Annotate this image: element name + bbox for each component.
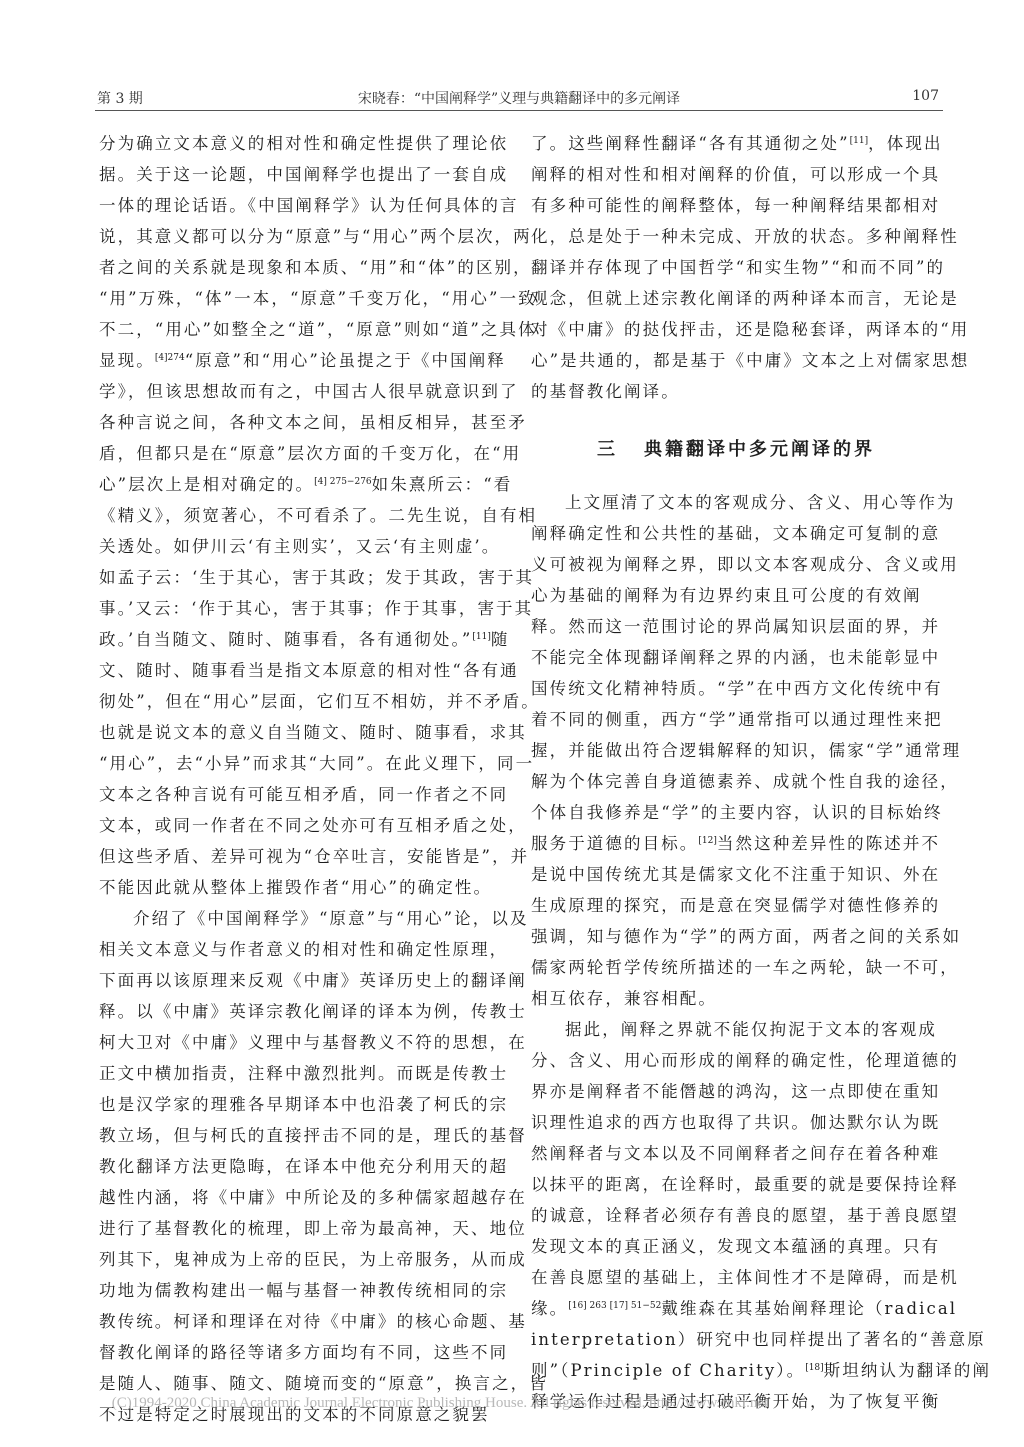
line-text: ，体现出 bbox=[868, 134, 942, 153]
line-text: 对《中庸》的挞伐抨击，还是隐秘套译，两译本的“用 bbox=[531, 320, 969, 339]
text-line: 化，总是处于一种未完成、开放的状态。多种阐释性 bbox=[531, 221, 939, 252]
line-text: 阐释确定性和公共性的基础，文本确定可复制的意 bbox=[531, 524, 940, 543]
text-line: 据。关于这一论题，中国阐释学也提出了一套自成 bbox=[99, 159, 507, 190]
line-text: 的基督教化阐译。 bbox=[531, 382, 680, 401]
text-line: 了。这些阐释性翻译“各有其通彻之处”[11]，体现出 bbox=[531, 128, 939, 159]
line-text: 教化翻译方法更隐晦，在译本中他充分利用天的超 bbox=[99, 1157, 508, 1176]
line-text: 《精义》，须宽著心，不可看杀了。二先生说，自有相 bbox=[99, 506, 537, 525]
line-text: “用心”，去“小异”而求其“大同”。在此义理下，同一 bbox=[99, 754, 534, 773]
text-line: 督教化阐译的路径等诸多方面均有不同，这些不同 bbox=[99, 1337, 507, 1368]
text-line: 也就是说文本的意义自当随文、随时、随事看，求其 bbox=[99, 717, 507, 748]
copyright-footer: (C)1994-2020 China Academic Journal Elec… bbox=[0, 1395, 880, 1412]
text-line: 然阐释者与文本以及不同阐释者之间存在着各种难 bbox=[531, 1138, 939, 1169]
line-text: 心”是共通的，都是基于《中庸》文本之上对儒家思想 bbox=[531, 351, 969, 370]
text-line: 各种言说之间，各种文本之间，虽相反相异，甚至矛 bbox=[99, 407, 507, 438]
text-line: 的基督教化阐译。 bbox=[531, 376, 939, 407]
line-text: 下面再以该原理来反观《中庸》英译历史上的翻译阐 bbox=[99, 971, 527, 990]
line-text: 也就是说文本的意义自当随文、随时、随事看，求其 bbox=[99, 723, 527, 742]
section-title: 典籍翻译中多元阐译的界 bbox=[644, 439, 875, 460]
text-line: 者之间的关系就是现象和本质、“用”和“体”的区别， bbox=[99, 252, 507, 283]
left-column: 分为确立文本意义的相对性和确定性提供了理论依据。关于这一论题，中国阐释学也提出了… bbox=[99, 128, 507, 1430]
text-line: “用心”，去“小异”而求其“大同”。在此义理下，同一 bbox=[99, 748, 507, 779]
line-text: 列其下，鬼神成为上帝的臣民，为上帝服务，从而成 bbox=[99, 1250, 527, 1269]
text-line: 分为确立文本意义的相对性和确定性提供了理论依 bbox=[99, 128, 507, 159]
text-line: 服务于道德的目标。[12]当然这种差异性的陈述并不 bbox=[531, 828, 939, 859]
line-text: 教传统。柯译和理译在对待《中庸》的核心命题、基 bbox=[99, 1312, 527, 1331]
line-text: 学》，但该思想故而有之，中国古人很早就意识到了 bbox=[99, 382, 519, 401]
text-line: 相互依存，兼容相配。 bbox=[531, 983, 939, 1014]
line-text: 国传统文化精神特质。“学”在中西方文化传统中有 bbox=[531, 679, 943, 698]
text-line: 缘。[16] 263 [17] 51−52戴维森在其基始阐释理论（radical bbox=[531, 1293, 939, 1324]
running-header: 第 3 期 宋晓春：“中国阐释学”义理与典籍翻译中的多元阐译 107 bbox=[95, 86, 943, 111]
text-line: 不能完全体现翻译阐释之界的内涵，也未能彰显中 bbox=[531, 642, 939, 673]
text-line: 文本之各种言说有可能互相矛盾，同一作者之不同 bbox=[99, 779, 507, 810]
line-text: 是随人、随事、随文、随境而变的“原意”，换言之，皆 bbox=[99, 1374, 548, 1393]
line-text: 相关文本意义与作者意义的相对性和确定性原理， bbox=[99, 940, 508, 959]
text-line: 儒家两轮哲学传统所描述的一车之两轮，缺一不可， bbox=[531, 952, 939, 983]
line-text: 盾，但都只是在“原意”层次方面的千变万化，在“用 bbox=[99, 444, 521, 463]
text-line: 《精义》，须宽著心，不可看杀了。二先生说，自有相 bbox=[99, 500, 507, 531]
text-line: 着不同的侧重，西方“学”通常指可以通过理性来把 bbox=[531, 704, 939, 735]
line-text: 儒家两轮哲学传统所描述的一车之两轮，缺一不可， bbox=[531, 958, 959, 977]
line-text: 功地为儒教构建出一幅与基督一神教传统相同的宗 bbox=[99, 1281, 508, 1300]
text-line: 学》，但该思想故而有之，中国古人很早就意识到了 bbox=[99, 376, 507, 407]
line-text: 说，其意义都可以分为“原意”与“用心”两个层次，两 bbox=[99, 227, 532, 246]
text-line: 文、随时、随事看当是指文本原意的相对性“各有通 bbox=[99, 655, 507, 686]
text-line: 释。然而这一范围讨论的界尚属知识层面的界，并 bbox=[531, 611, 939, 642]
text-line: 个体自我修养是“学”的主要内容，认识的目标始终 bbox=[531, 797, 939, 828]
text-line: 说，其意义都可以分为“原意”与“用心”两个层次，两 bbox=[99, 221, 507, 252]
text-line: 心”是共通的，都是基于《中庸》文本之上对儒家思想 bbox=[531, 345, 939, 376]
text-line: 的诚意，诠释者必须存有善良的愿望，基于善良愿望 bbox=[531, 1200, 939, 1231]
line-text: 义可被视为阐释之界，即以文本客观成分、含义或用 bbox=[531, 555, 959, 574]
text-line: 如孟子云：‘生于其心，害于其政；发于其政，害于其 bbox=[99, 562, 507, 593]
line-text: 化，总是处于一种未完成、开放的状态。多种阐释性 bbox=[531, 227, 959, 246]
right-column: 了。这些阐释性翻译“各有其通彻之处”[11]，体现出阐释的相对性和相对阐释的价值… bbox=[531, 128, 939, 1417]
text-line: 一体的理论话语。《中国阐释学》认为任何具体的言 bbox=[99, 190, 507, 221]
text-line: 对《中庸》的挞伐抨击，还是隐秘套译，两译本的“用 bbox=[531, 314, 939, 345]
text-line: 政。’自当随文、随时、随事看，各有通彻处。”[11]随 bbox=[99, 624, 507, 655]
text-line: 阐释的相对性和相对阐释的价值，可以形成一个具 bbox=[531, 159, 939, 190]
text-line: 强调，知与德作为“学”的两方面，两者之间的关系如 bbox=[531, 921, 939, 952]
line-text: 不能完全体现翻译阐释之界的内涵，也未能彰显中 bbox=[531, 648, 940, 667]
citation-marker: [4]274 bbox=[155, 353, 185, 363]
line-text: 关透处。如伊川云‘有主则实’，又云‘有主则虚’。 bbox=[99, 537, 500, 556]
text-line: 发现文本的真正涵义，发现文本蕴涵的真理。只有 bbox=[531, 1231, 939, 1262]
text-line: 越性内涵，将《中庸》中所论及的多种儒家超越存在 bbox=[99, 1182, 507, 1213]
line-text: 越性内涵，将《中庸》中所论及的多种儒家超越存在 bbox=[99, 1188, 527, 1207]
text-line: 盾，但都只是在“原意”层次方面的千变万化，在“用 bbox=[99, 438, 507, 469]
line-text: 文本，或同一作者在不同之处亦可有互相矛盾之处， bbox=[99, 816, 527, 835]
citation-marker: [11] bbox=[472, 632, 490, 642]
text-line: 教传统。柯译和理译在对待《中庸》的核心命题、基 bbox=[99, 1306, 507, 1337]
line-text: 着不同的侧重，西方“学”通常指可以通过理性来把 bbox=[531, 710, 943, 729]
line-text: 以抹平的距离，在诠释时，最重要的就是要保持诠释 bbox=[531, 1175, 959, 1194]
text-line: 下面再以该原理来反观《中庸》英译历史上的翻译阐 bbox=[99, 965, 507, 996]
line-text: 介绍了《中国阐释学》“原意”与“用心”论，以及 bbox=[133, 909, 529, 928]
text-line: 释。以《中庸》英译宗教化阐译的译本为例，传教士 bbox=[99, 996, 507, 1027]
text-line: 心”层次上是相对确定的。[4] 275−276如朱熹所云：“看 bbox=[99, 469, 507, 500]
text-line: 教立场，但与柯氏的直接抨击不同的是，理氏的基督 bbox=[99, 1120, 507, 1151]
right-column-body: 上文厘清了文本的客观成分、含义、用心等作为阐释确定性和公共性的基础，文本确定可复… bbox=[531, 487, 939, 1417]
line-text: 相互依存，兼容相配。 bbox=[531, 989, 717, 1008]
line-text: 随 bbox=[491, 630, 510, 649]
text-line: 柯大卫对《中庸》义理中与基督教义不符的思想，在 bbox=[99, 1027, 507, 1058]
text-line: 教化翻译方法更隐晦，在译本中他充分利用天的超 bbox=[99, 1151, 507, 1182]
line-text: 彻处”，但在“用心”层面，它们互不相妨，并不矛盾。 bbox=[99, 692, 540, 711]
line-text: interpretation）研究中也同样提出了著名的“善意原 bbox=[531, 1330, 986, 1349]
text-line: 观念，但就上述宗教化阐译的两种译本而言，无论是 bbox=[531, 283, 939, 314]
text-line: 解为个体完善自身道德素养、成就个性自我的途径， bbox=[531, 766, 939, 797]
text-line: 显现。[4]274“原意”和“用心”论虽提之于《中国阐释 bbox=[99, 345, 507, 376]
line-text: 督教化阐译的路径等诸多方面均有不同，这些不同 bbox=[99, 1343, 508, 1362]
line-text: 释。以《中庸》英译宗教化阐译的译本为例，传教士 bbox=[99, 1002, 527, 1021]
line-text: 进行了基督教化的梳理，即上帝为最高神，天、地位 bbox=[99, 1219, 527, 1238]
text-line: 在善良愿望的基础上，主体间性才不是障碍，而是机 bbox=[531, 1262, 939, 1293]
text-line: 翻译并存体现了中国哲学“和实生物”“和而不同”的 bbox=[531, 252, 939, 283]
line-text: 如朱熹所云：“看 bbox=[372, 475, 513, 494]
line-text: 界亦是阐释者不能僭越的鸿沟，这一点即使在重知 bbox=[531, 1082, 940, 1101]
text-line: interpretation）研究中也同样提出了著名的“善意原 bbox=[531, 1324, 939, 1355]
section-number: 三 bbox=[597, 439, 618, 460]
text-line: 不能因此就从整体上摧毁作者“用心”的确定性。 bbox=[99, 872, 507, 903]
text-line: 生成原理的探究，而是意在突显儒学对德性修养的 bbox=[531, 890, 939, 921]
text-line: 据此，阐释之界就不能仅拘泥于文本的客观成 bbox=[531, 1014, 939, 1045]
text-line: 识理性追求的西方也取得了共识。伽达默尔认为既 bbox=[531, 1107, 939, 1138]
line-text: 据。关于这一论题，中国阐释学也提出了一套自成 bbox=[99, 165, 508, 184]
text-line: 相关文本意义与作者意义的相对性和确定性原理， bbox=[99, 934, 507, 965]
line-text: 一体的理论话语。《中国阐释学》认为任何具体的言 bbox=[99, 196, 519, 215]
line-text: 在善良愿望的基础上，主体间性才不是障碍，而是机 bbox=[531, 1268, 959, 1287]
text-line: 功地为儒教构建出一幅与基督一神教传统相同的宗 bbox=[99, 1275, 507, 1306]
line-text: 有多种可能性的阐释整体，每一种阐释结果都相对 bbox=[531, 196, 940, 215]
text-line: 义可被视为阐释之界，即以文本客观成分、含义或用 bbox=[531, 549, 939, 580]
line-text: 文本之各种言说有可能互相矛盾，同一作者之不同 bbox=[99, 785, 508, 804]
text-line: 事。’又云：‘作于其心，害于其事；作于其事，害于其 bbox=[99, 593, 507, 624]
section-heading: 三典籍翻译中多元阐译的界 bbox=[531, 427, 939, 473]
citation-marker: [12] bbox=[698, 836, 716, 846]
text-line: 分、含义、用心而形成的阐释的确定性，伦理道德的 bbox=[531, 1045, 939, 1076]
line-text: 缘。 bbox=[531, 1299, 568, 1318]
line-text: 个体自我修养是“学”的主要内容，认识的目标始终 bbox=[531, 803, 943, 822]
line-text: 强调，知与德作为“学”的两方面，两者之间的关系如 bbox=[531, 927, 961, 946]
text-line: 列其下，鬼神成为上帝的臣民，为上帝服务，从而成 bbox=[99, 1244, 507, 1275]
line-text: 斯坦纳认为翻译的阐 bbox=[824, 1361, 991, 1380]
line-text: 上文厘清了文本的客观成分、含义、用心等作为 bbox=[565, 493, 956, 512]
line-text: 心”层次上是相对确定的。 bbox=[99, 475, 314, 494]
line-text: 不二，“用心”如整全之“道”，“原意”则如“道”之具体 bbox=[99, 320, 537, 339]
line-text: “用”万殊，“体”一本，“原意”千变万化，“用心”一致 bbox=[99, 289, 537, 308]
citation-marker: [18] bbox=[805, 1363, 823, 1373]
text-line: 也是汉学家的理雅各早期译本中也沿袭了柯氏的宗 bbox=[99, 1089, 507, 1120]
text-line: “用”万殊，“体”一本，“原意”千变万化，“用心”一致 bbox=[99, 283, 507, 314]
text-line: 则”（Principle of Charity）。[18]斯坦纳认为翻译的阐 bbox=[531, 1355, 939, 1386]
line-text: 者之间的关系就是现象和本质、“用”和“体”的区别， bbox=[99, 258, 532, 277]
line-text: 戴维森在其基始阐释理论（radical bbox=[661, 1299, 957, 1318]
line-text: 不能因此就从整体上摧毁作者“用心”的确定性。 bbox=[99, 878, 492, 897]
line-text: 握，并能做出符合逻辑解释的知识，儒家“学”通常理 bbox=[531, 741, 961, 760]
text-line: 不二，“用心”如整全之“道”，“原意”则如“道”之具体 bbox=[99, 314, 507, 345]
line-text: 事。’又云：‘作于其心，害于其事；作于其事，害于其 bbox=[99, 599, 533, 618]
line-text: 服务于道德的目标。 bbox=[531, 834, 698, 853]
text-line: 上文厘清了文本的客观成分、含义、用心等作为 bbox=[531, 487, 939, 518]
right-column-paragraph: 了。这些阐释性翻译“各有其通彻之处”[11]，体现出阐释的相对性和相对阐释的价值… bbox=[531, 128, 939, 407]
text-line: 阐释确定性和公共性的基础，文本确定可复制的意 bbox=[531, 518, 939, 549]
citation-marker: [16] 263 [17] 51−52 bbox=[568, 1301, 661, 1311]
text-line: 心为基础的阐释为有边界约束且可公度的有效阐 bbox=[531, 580, 939, 611]
text-line: 但这些矛盾、差异可视为“仓卒吐言，安能皆是”，并 bbox=[99, 841, 507, 872]
line-text: 也是汉学家的理雅各早期译本中也沿袭了柯氏的宗 bbox=[99, 1095, 508, 1114]
line-text: 显现。 bbox=[99, 351, 155, 370]
line-text: “原意”和“用心”论虽提之于《中国阐释 bbox=[185, 351, 506, 370]
text-line: 是说中国传统尤其是儒家文化不注重于知识、外在 bbox=[531, 859, 939, 890]
text-line: 国传统文化精神特质。“学”在中西方文化传统中有 bbox=[531, 673, 939, 704]
citation-marker: [11] bbox=[850, 136, 868, 146]
line-text: 的诚意，诠释者必须存有善良的愿望，基于善良愿望 bbox=[531, 1206, 959, 1225]
line-text: 观念，但就上述宗教化阐译的两种译本而言，无论是 bbox=[531, 289, 959, 308]
text-line: 介绍了《中国阐释学》“原意”与“用心”论，以及 bbox=[99, 903, 507, 934]
line-text: 柯大卫对《中庸》义理中与基督教义不符的思想，在 bbox=[99, 1033, 527, 1052]
text-line: 正文中横加指责，注释中激烈批判。而既是传教士 bbox=[99, 1058, 507, 1089]
line-text: 释。然而这一范围讨论的界尚属知识层面的界，并 bbox=[531, 617, 940, 636]
text-line: 以抹平的距离，在诠释时，最重要的就是要保持诠释 bbox=[531, 1169, 939, 1200]
text-line: 文本，或同一作者在不同之处亦可有互相矛盾之处， bbox=[99, 810, 507, 841]
line-text: 心为基础的阐释为有边界约束且可公度的有效阐 bbox=[531, 586, 922, 605]
line-text: 正文中横加指责，注释中激烈批判。而既是传教士 bbox=[99, 1064, 508, 1083]
text-line: 界亦是阐释者不能僭越的鸿沟，这一点即使在重知 bbox=[531, 1076, 939, 1107]
line-text: 了。这些阐释性翻译“各有其通彻之处” bbox=[531, 134, 850, 153]
line-text: 各种言说之间，各种文本之间，虽相反相异，甚至矛 bbox=[99, 413, 527, 432]
citation-marker: [4] 275−276 bbox=[314, 477, 372, 487]
line-text: 文、随时、随事看当是指文本原意的相对性“各有通 bbox=[99, 661, 519, 680]
line-text: 生成原理的探究，而是意在突显儒学对德性修养的 bbox=[531, 896, 940, 915]
line-text: 政。’自当随文、随时、随事看，各有通彻处。” bbox=[99, 630, 472, 649]
page-number: 107 bbox=[912, 88, 939, 104]
line-text: 则”（Principle of Charity）。 bbox=[531, 1361, 805, 1380]
text-line: 关透处。如伊川云‘有主则实’，又云‘有主则虚’。 bbox=[99, 531, 507, 562]
line-text: 分为确立文本意义的相对性和确定性提供了理论依 bbox=[99, 134, 508, 153]
line-text: 但这些矛盾、差异可视为“仓卒吐言，安能皆是”，并 bbox=[99, 847, 529, 866]
line-text: 发现文本的真正涵义，发现文本蕴涵的真理。只有 bbox=[531, 1237, 940, 1256]
line-text: 然阐释者与文本以及不同阐释者之间存在着各种难 bbox=[531, 1144, 940, 1163]
line-text: 翻译并存体现了中国哲学“和实生物”“和而不同”的 bbox=[531, 258, 945, 277]
text-line: 进行了基督教化的梳理，即上帝为最高神，天、地位 bbox=[99, 1213, 507, 1244]
line-text: 是说中国传统尤其是儒家文化不注重于知识、外在 bbox=[531, 865, 940, 884]
line-text: 解为个体完善自身道德素养、成就个性自我的途径， bbox=[531, 772, 959, 791]
line-text: 据此，阐释之界就不能仅拘泥于文本的客观成 bbox=[565, 1020, 937, 1039]
line-text: 阐释的相对性和相对阐释的价值，可以形成一个具 bbox=[531, 165, 940, 184]
line-text: 当然这种差异性的陈述并不 bbox=[717, 834, 940, 853]
text-line: 彻处”，但在“用心”层面，它们互不相妨，并不矛盾。 bbox=[99, 686, 507, 717]
line-text: 识理性追求的西方也取得了共识。伽达默尔认为既 bbox=[531, 1113, 940, 1132]
running-title: 宋晓春：“中国阐释学”义理与典籍翻译中的多元阐译 bbox=[95, 88, 943, 108]
line-text: 分、含义、用心而形成的阐释的确定性，伦理道德的 bbox=[531, 1051, 959, 1070]
line-text: 教立场，但与柯氏的直接抨击不同的是，理氏的基督 bbox=[99, 1126, 527, 1145]
text-line: 握，并能做出符合逻辑解释的知识，儒家“学”通常理 bbox=[531, 735, 939, 766]
text-line: 有多种可能性的阐释整体，每一种阐释结果都相对 bbox=[531, 190, 939, 221]
line-text: 如孟子云：‘生于其心，害于其政；发于其政，害于其 bbox=[99, 568, 534, 587]
